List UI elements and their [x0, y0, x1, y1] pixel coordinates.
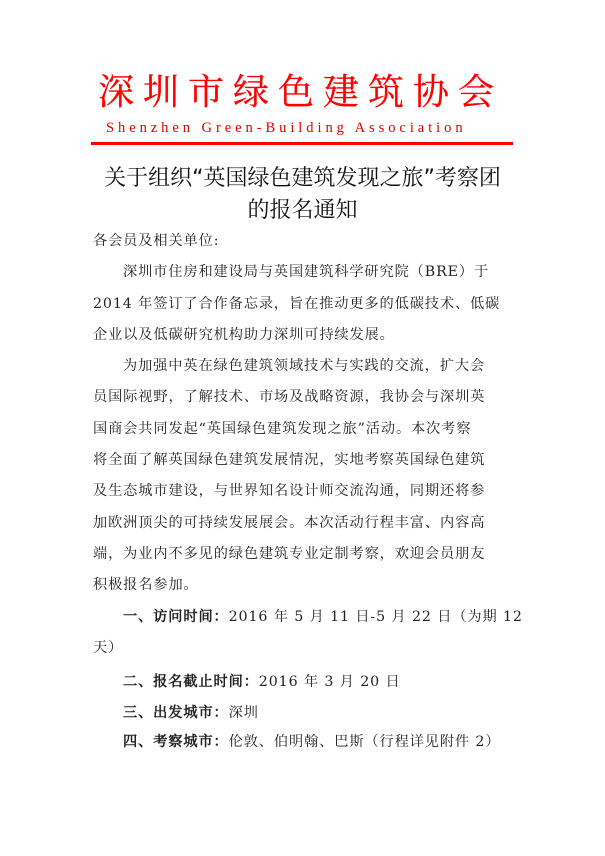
item-deadline: 二、报名截止时间：2016 年 3 月 20 日	[93, 667, 515, 698]
list-item: 一、访问时间：2016 年 5 月 11 日-5 月 22 日（为期 12	[93, 602, 515, 633]
list-item: 四、考察城市：伦敦、伯明翰、巴斯（行程详见附件 2）	[93, 727, 515, 758]
paragraph-line: 企业以及低碳研究机构助力深圳可持续发展。	[93, 320, 515, 351]
document-body: 各会员及相关单位: 深圳市住房和建设局与英国建筑科学研究院（BRE）于 2014…	[93, 226, 515, 758]
item-value: 2016 年 5 月 11 日-5 月 22 日（为期 12	[229, 609, 523, 625]
letterhead-divider	[91, 142, 513, 145]
list-item: 三、出发城市：深圳	[93, 698, 515, 727]
item-value: 深圳	[229, 705, 259, 721]
salutation: 各会员及相关单位:	[93, 226, 515, 257]
list-item: 二、报名截止时间：2016 年 3 月 20 日	[93, 667, 515, 698]
paragraph-1: 深圳市住房和建设局与英国建筑科学研究院（BRE）于 2014 年签订了合作备忘录…	[93, 257, 515, 351]
item-destination-cities: 四、考察城市：伦敦、伯明翰、巴斯（行程详见附件 2）	[93, 727, 515, 758]
item-value: 2016 年 3 月 20 日	[259, 674, 401, 690]
item-continuation: 天）	[93, 633, 515, 664]
item-label: 二、报名截止时间：	[123, 674, 259, 690]
paragraph-line: 为加强中英在绿色建筑领域技术与实践的交流，扩大会	[93, 351, 515, 382]
document-title-line-1: 关于组织“英国绿色建筑发现之旅”考察团	[0, 164, 605, 194]
paragraph-line: 加欧洲顶尖的可持续发展展会。本次活动行程丰富、内容高	[93, 508, 515, 539]
paragraph-line: 端，为业内不多见的绿色建筑专业定制考察，欢迎会员朋友	[93, 539, 515, 570]
paragraph-line: 2014 年签订了合作备忘录，旨在推动更多的低碳技术、低碳	[93, 289, 515, 320]
item-departure-city: 三、出发城市：深圳	[93, 698, 515, 727]
item-visit-time: 一、访问时间：2016 年 5 月 11 日-5 月 22 日（为期 12 天）	[93, 602, 515, 665]
item-value: 伦敦、伯明翰、巴斯（行程详见附件 2）	[229, 734, 501, 750]
item-label: 三、出发城市：	[123, 705, 229, 721]
item-label: 一、访问时间：	[123, 609, 229, 625]
paragraph-line: 国商会共同发起“英国绿色建筑发现之旅”活动。本次考察	[93, 414, 515, 445]
item-label: 四、考察城市：	[123, 734, 229, 750]
paragraph-line: 将全面了解英国绿色建筑发展情况，实地考察英国绿色建筑	[93, 445, 515, 476]
document-title-line-2: 的报名通知	[0, 196, 605, 226]
org-name-english: Shenzhen Green-Building Association	[106, 119, 506, 137]
paragraph-line: 深圳市住房和建设局与英国建筑科学研究院（BRE）于	[93, 257, 515, 288]
paragraph-line: 员国际视野，了解技术、市场及战略资源，我协会与深圳英	[93, 382, 515, 413]
paragraph-line: 积极报名参加。	[93, 570, 515, 601]
org-name-chinese: 深圳市绿色建筑协会	[98, 72, 498, 114]
paragraph-line: 及生态城市建设，与世界知名设计师交流沟通，同期还将参	[93, 476, 515, 507]
paragraph-2: 为加强中英在绿色建筑领域技术与实践的交流，扩大会 员国际视野，了解技术、市场及战…	[93, 351, 515, 601]
